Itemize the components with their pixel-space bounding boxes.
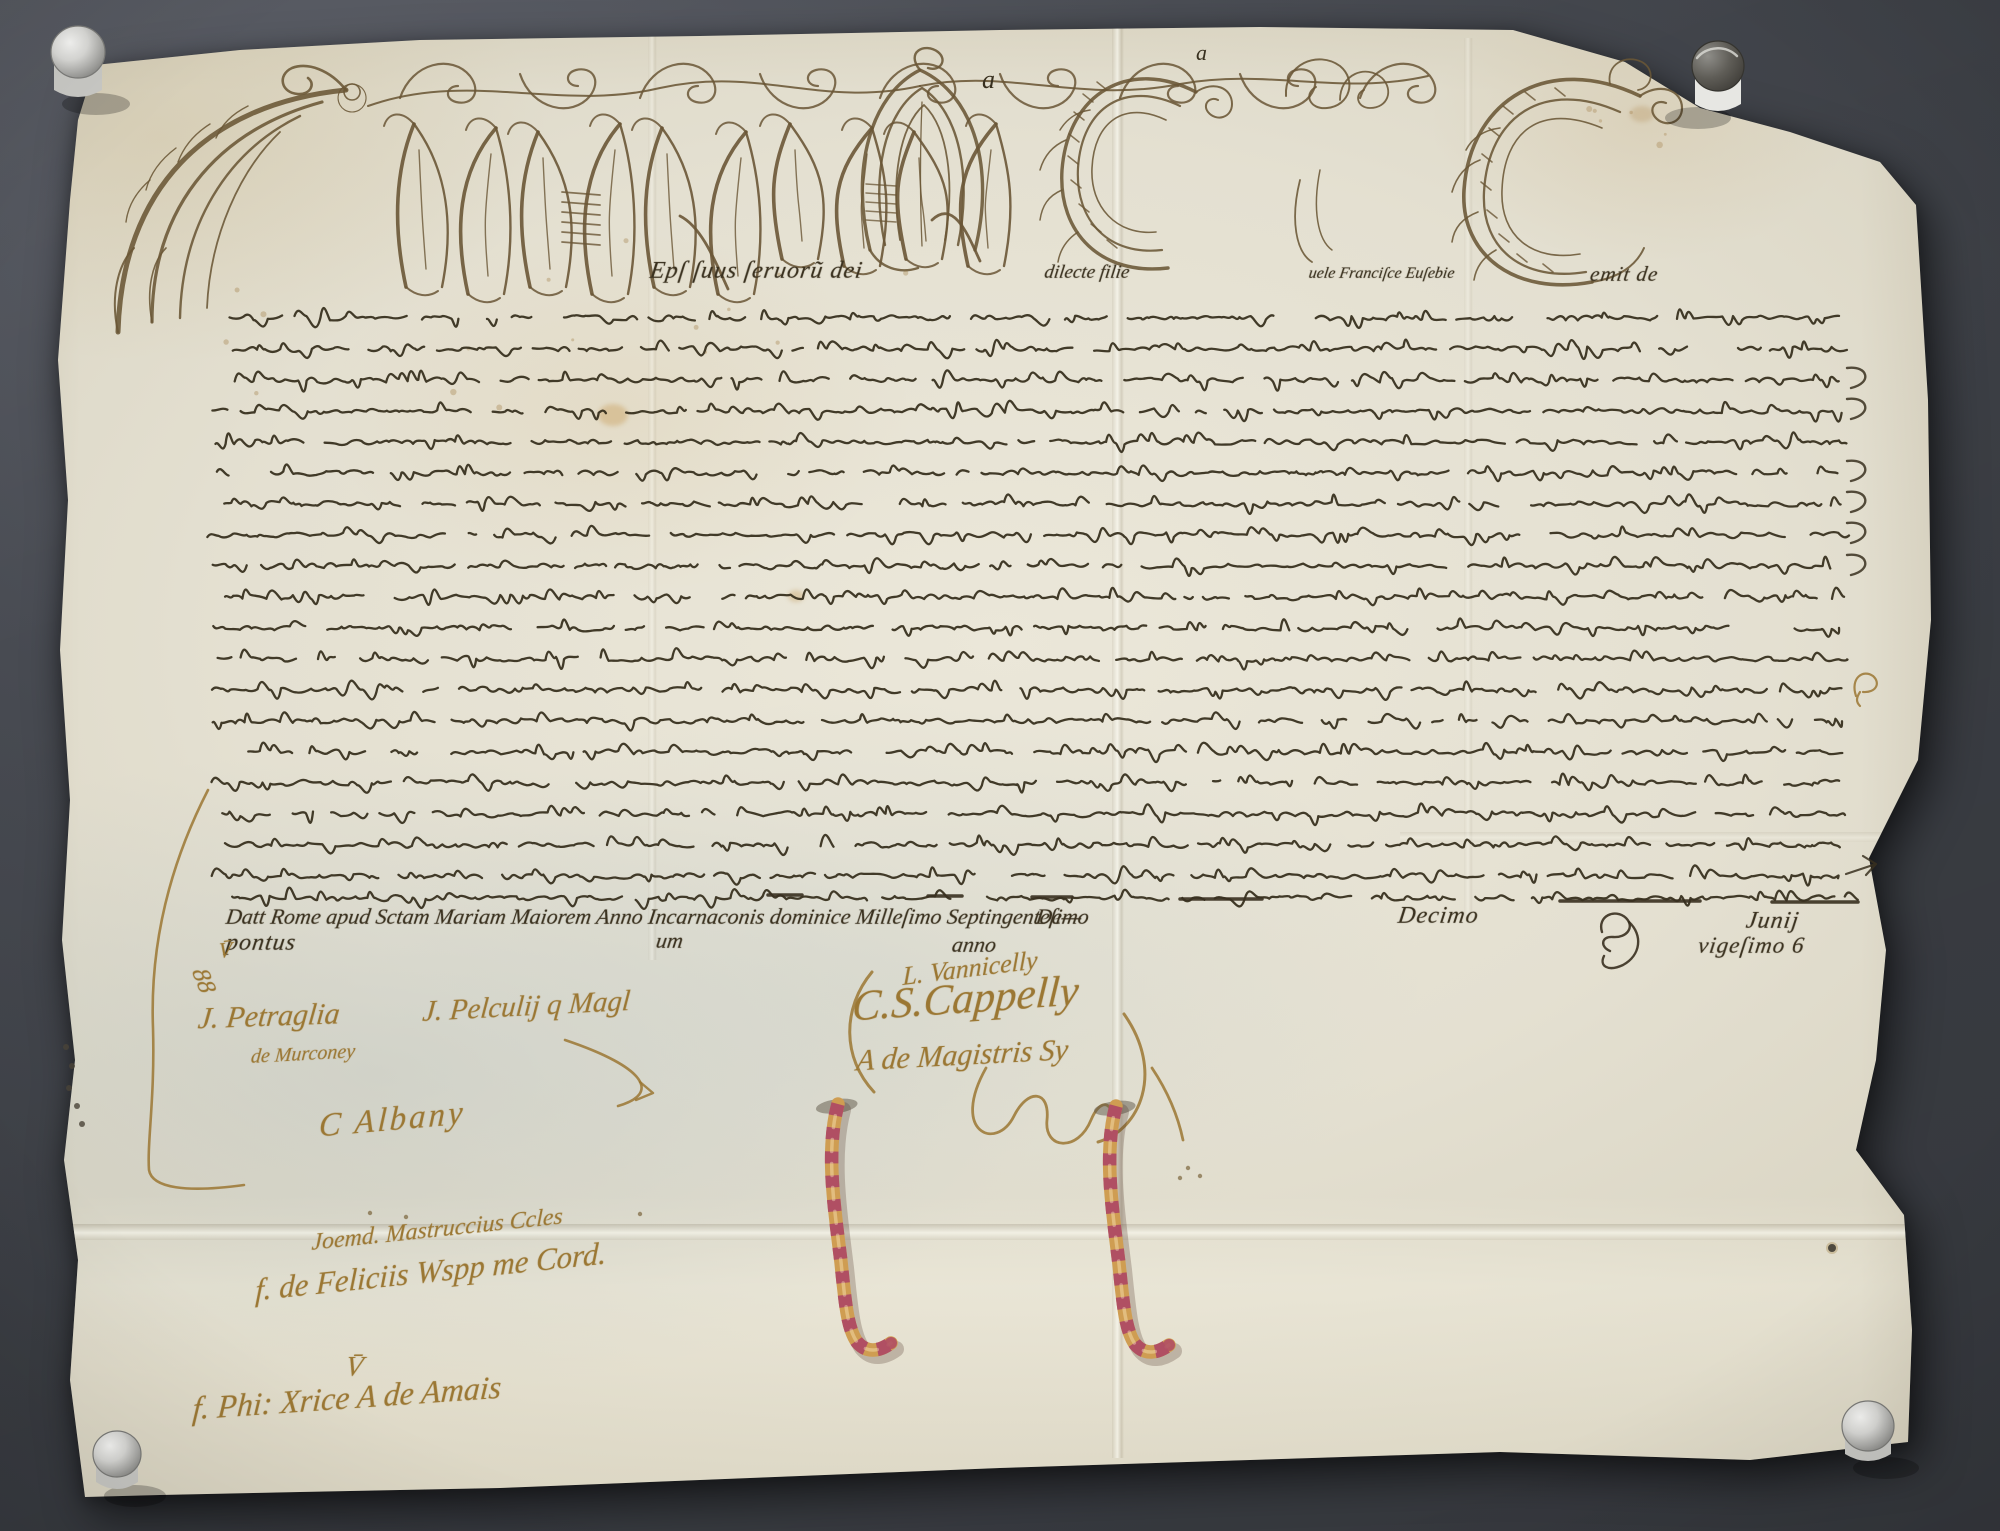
photograph: aa Epſ ſuus ſeruorũ deidilecte filieuele… <box>0 0 2000 1531</box>
body-text-line <box>225 588 1844 605</box>
dark-ink-marks <box>768 368 1876 968</box>
metal-pins <box>51 26 1919 1507</box>
holes-and-specks <box>63 1044 1837 1253</box>
ink-overlay: aa <box>0 0 2000 1531</box>
body-text-line <box>225 835 1840 855</box>
body-text-line <box>213 712 1842 731</box>
body-text-line <box>235 370 1839 391</box>
body-text-line <box>248 743 1842 762</box>
pin-bottom-right <box>1842 1401 1894 1451</box>
body-text-line <box>233 340 1847 359</box>
pin-bottom-left <box>93 1431 141 1477</box>
svg-text:a: a <box>982 65 995 94</box>
body-text-line <box>207 526 1849 545</box>
seal-cords <box>815 1096 1175 1358</box>
body-text-line <box>212 865 1839 885</box>
body-text-line <box>216 432 1847 452</box>
body-text-line <box>230 308 1840 328</box>
body-text-line <box>212 774 1840 793</box>
body-text-line <box>212 681 1842 700</box>
body-text-line <box>217 465 1838 482</box>
body-text-line <box>212 401 1841 422</box>
calligraphic-header-flourishes: aa <box>115 40 1682 411</box>
body-text-line <box>222 804 1845 825</box>
body-text-line <box>224 494 1840 513</box>
body-text-line <box>218 648 1848 669</box>
body-text-line <box>213 557 1851 576</box>
pin-top-left <box>51 26 105 78</box>
body-text-line <box>213 619 1839 637</box>
svg-text:a: a <box>1196 40 1207 65</box>
signature-ink-strokes <box>149 674 1877 1189</box>
body-text-lines <box>207 308 1857 909</box>
